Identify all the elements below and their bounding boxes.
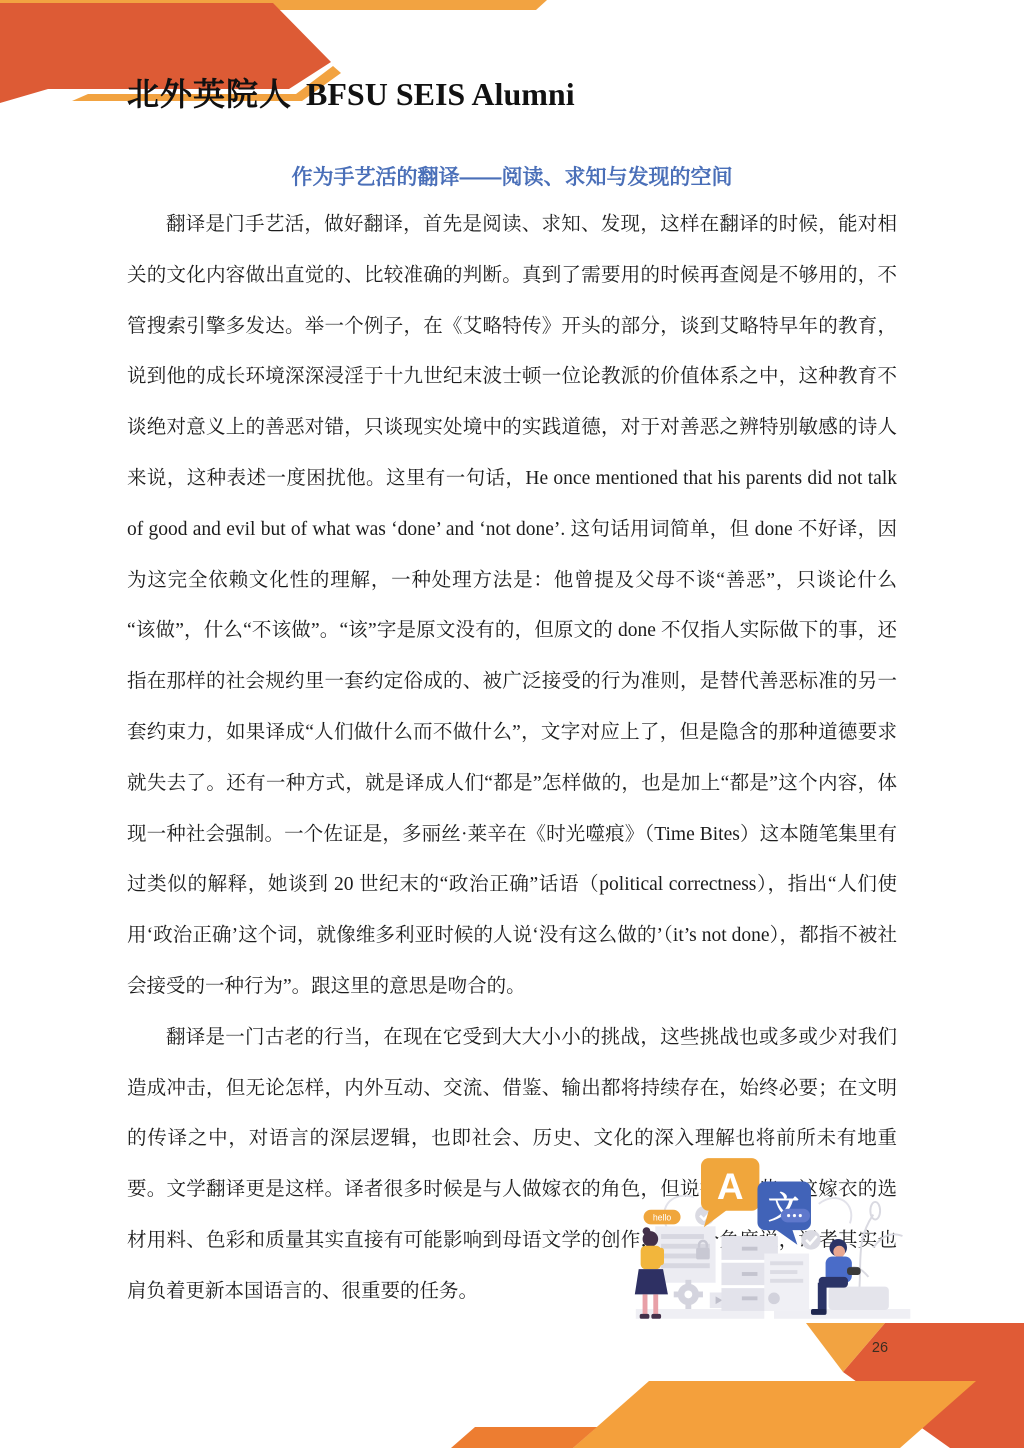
drawer-handle: [742, 1247, 758, 1251]
plant-leaf: [870, 1202, 880, 1220]
doc-line: [770, 1270, 797, 1274]
masthead: 北外英院人BFSU SEIS Alumni: [127, 74, 575, 114]
man-figure: [811, 1239, 889, 1315]
translation-illustration: A 文 hello: [628, 1148, 920, 1326]
drawer-handle: [742, 1272, 758, 1276]
article-title: 作为手艺活的翻译——阅读、求知与发现的空间: [127, 164, 897, 192]
doc-line: [770, 1261, 803, 1265]
footer-orange-band: [573, 1381, 976, 1448]
bubble-a-letter: A: [717, 1166, 744, 1207]
hello-tag-label: hello: [653, 1212, 672, 1222]
check-circle-icon: [801, 1230, 820, 1249]
doc-line: [770, 1279, 803, 1283]
doc-line: [661, 1234, 704, 1239]
person-icon: [768, 1292, 780, 1304]
article-paragraph-1: 翻译是门手艺活，做好翻译，首先是阅读、求知、发现，这样在翻译的时候，能对相关的文…: [127, 200, 897, 1013]
footer-decor-shapes: [0, 1318, 1024, 1448]
footer-dark-orange-strip: [451, 1427, 597, 1448]
reply-tag: [781, 1209, 810, 1223]
article: 作为手艺活的翻译——阅读、求知与发现的空间 翻译是门手艺活，做好翻译，首先是阅读…: [127, 164, 897, 1318]
hello-tag: hello: [644, 1210, 681, 1225]
page-number: 26: [858, 1340, 902, 1356]
gear-center: [684, 1291, 692, 1299]
lock-icon: [696, 1248, 710, 1260]
drawer-handle: [742, 1296, 758, 1300]
doc-line: [661, 1263, 710, 1268]
masthead-title-en: BFSU SEIS Alumni: [306, 76, 575, 112]
magazine-page: 北外英院人BFSU SEIS Alumni 作为手艺活的翻译——阅读、求知与发现…: [0, 0, 1024, 1448]
masthead-title-cn: 北外英院人: [127, 76, 292, 112]
speech-bubble-a: A: [701, 1158, 759, 1227]
